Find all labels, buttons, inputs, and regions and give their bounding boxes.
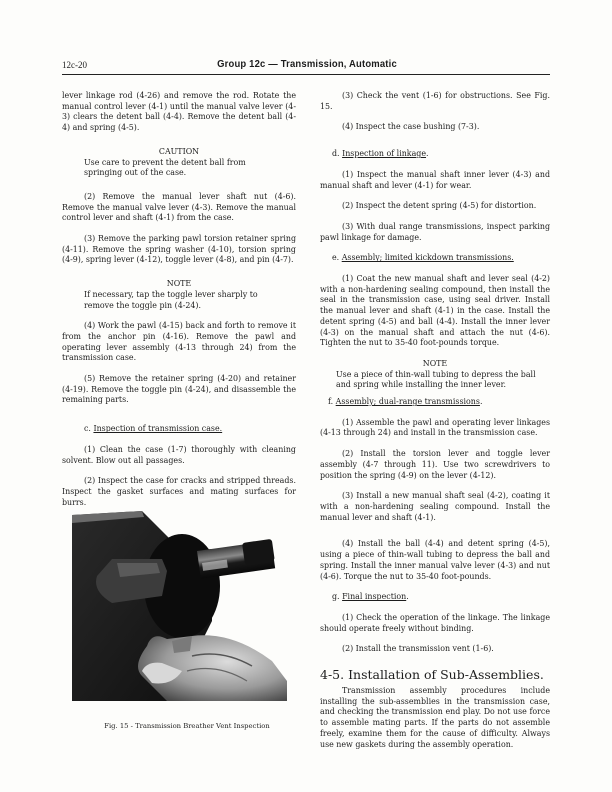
paragraph: (2) Inspect the detent spring (4-5) for … — [320, 201, 550, 212]
section-letter: g. — [332, 592, 340, 601]
left-column: lever linkage rod (4-26) and remove the … — [62, 91, 296, 508]
running-title: Group 12c — Transmission, Automatic — [87, 58, 528, 70]
paragraph: lever linkage rod (4-26) and remove the … — [62, 91, 296, 134]
right-column: (3) Check the vent (1-6) for obstruction… — [320, 91, 550, 750]
period: . — [480, 397, 483, 406]
page-header: 12c-20 Group 12c — Transmission, Automat… — [62, 58, 552, 74]
figure-photo — [72, 511, 294, 701]
section-letter: e. — [332, 253, 339, 262]
section-letter: d. — [332, 149, 340, 158]
transmission-vent-photo — [72, 511, 294, 701]
period: . — [406, 592, 409, 601]
paragraph: (2) Install the transmission vent (1-6). — [320, 644, 550, 655]
period: . — [426, 149, 429, 158]
paragraph: (1) Inspect the manual shaft inner lever… — [320, 170, 550, 191]
paragraph: (4) Install the ball (4-4) and detent sp… — [320, 539, 550, 582]
section-heading-f: f. Assembly; dual-range transmissions. — [328, 397, 550, 408]
figure-caption: Fig. 15 - Transmission Breather Vent Ins… — [62, 722, 312, 730]
note-text: Use a piece of thin-wall tubing to depre… — [336, 370, 540, 391]
paragraph: Transmission assembly procedures include… — [320, 686, 550, 750]
section-letter: f. — [328, 397, 333, 406]
note-label: NOTE — [62, 279, 296, 290]
paragraph: (1) Assemble the pawl and operating leve… — [320, 418, 550, 439]
note-label: NOTE — [320, 359, 550, 370]
paragraph: (2) Inspect the case for cracks and stri… — [62, 476, 296, 508]
paragraph: (3) Remove the parking pawl torsion reta… — [62, 234, 296, 266]
section-title: Inspection of transmission case. — [93, 424, 222, 433]
paragraph: (4) Inspect the case bushing (7-3). — [320, 122, 550, 133]
paragraph: (4) Work the pawl (4-15) back and forth … — [62, 321, 296, 364]
caution-label: CAUTION — [62, 147, 296, 158]
paragraph: (5) Remove the retainer spring (4-20) an… — [62, 374, 296, 406]
section-heading-d: d. Inspection of linkage. — [332, 149, 550, 160]
paragraph: (3) Install a new manual shaft seal (4-2… — [320, 491, 550, 523]
paragraph: (2) Remove the manual lever shaft nut (4… — [62, 192, 296, 224]
section-heading-4-5: 4-5. Installation of Sub-Assemblies. — [320, 667, 550, 682]
paragraph: (1) Coat the new manual shaft and lever … — [320, 274, 550, 349]
paragraph: (3) Check the vent (1-6) for obstruction… — [320, 91, 550, 112]
section-heading-e: e. Assembly; limited kickdown transmissi… — [332, 253, 550, 264]
section-heading-c: c. Inspection of transmission case. — [84, 424, 296, 435]
section-title: Assembly; limited kickdown transmissions… — [342, 253, 514, 262]
section-letter: c. — [84, 424, 91, 433]
paragraph: (1) Check the operation of the linkage. … — [320, 613, 550, 634]
section-title: Assembly; dual-range transmissions — [336, 397, 480, 406]
section-heading-g: g. Final inspection. — [332, 592, 550, 603]
section-title: Inspection of linkage — [342, 149, 426, 158]
section-title: Final inspection — [342, 592, 406, 601]
paragraph: (1) Clean the case (1-7) thoroughly with… — [62, 445, 296, 466]
header-rule — [62, 74, 550, 75]
page-number: 12c-20 — [62, 60, 87, 70]
paragraph: (3) With dual range transmissions, inspe… — [320, 222, 550, 243]
caution-text: Use care to prevent the detent ball from… — [84, 158, 286, 179]
paragraph: (2) Install the torsion lever and toggle… — [320, 449, 550, 481]
note-text: If necessary, tap the toggle lever sharp… — [84, 290, 286, 311]
